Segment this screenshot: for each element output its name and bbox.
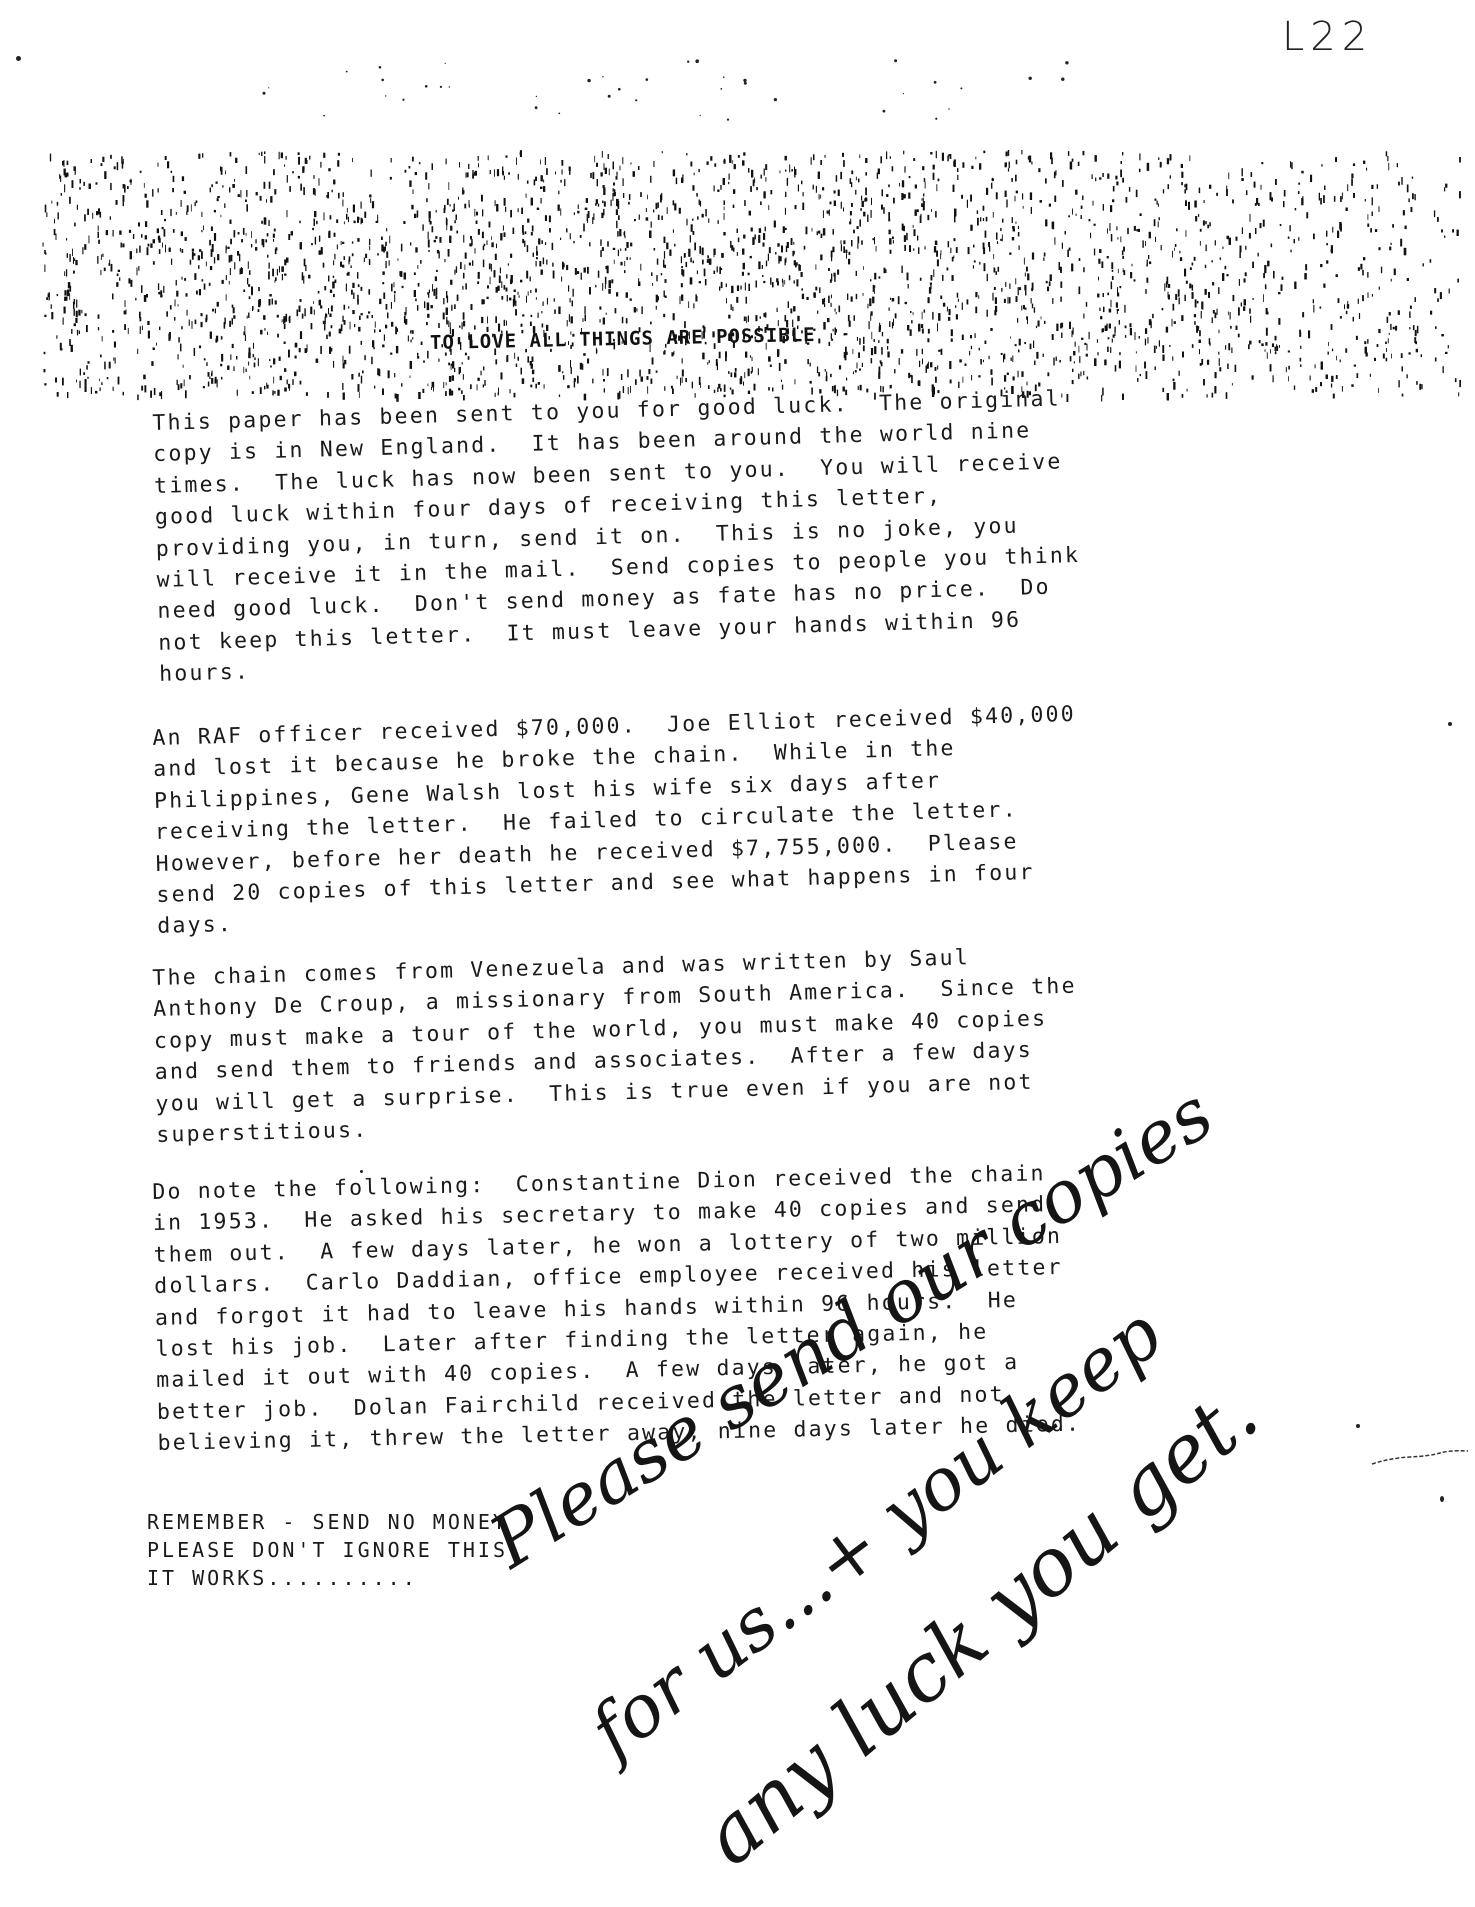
paragraph-1: This paper has been sent to you for good… <box>152 383 1083 691</box>
scan-speck <box>360 1170 363 1173</box>
photocopy-noise-band <box>0 0 1475 420</box>
pen-scribble-mark <box>1370 1448 1470 1468</box>
scan-speck <box>1440 1496 1444 1502</box>
paragraph-3: The chain comes from Venezuela and was w… <box>152 940 1080 1152</box>
scanned-letter-page: L22 TO LOVE ALL THINGS ARE POSSIBLE This… <box>0 0 1475 1907</box>
closing-line: IT WORKS.......... <box>147 1564 508 1592</box>
scan-speck <box>16 56 21 61</box>
paragraph-2: An RAF officer received $70,000. Joe Ell… <box>152 699 1081 943</box>
closing-block: REMEMBER - SEND NO MONEY PLEASE DON'T IG… <box>147 1508 508 1592</box>
scan-speck <box>1448 722 1452 726</box>
page-id-label: L22 <box>1282 14 1373 60</box>
closing-line: REMEMBER - SEND NO MONEY <box>147 1508 508 1536</box>
closing-line: PLEASE DON'T IGNORE THIS <box>147 1536 508 1564</box>
scan-speck <box>1356 1424 1360 1428</box>
